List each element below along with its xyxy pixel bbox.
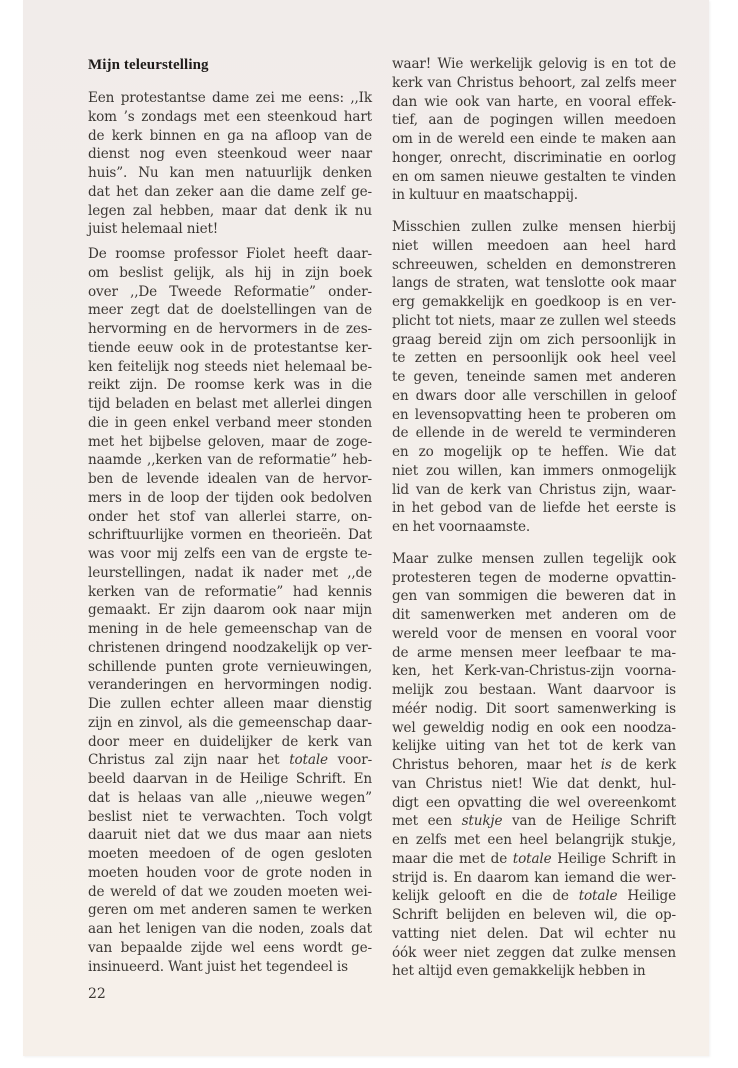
text-line: Christus behoren, maar het is de kerk	[392, 756, 676, 775]
text-line: van Christus niet! Wie dat denkt, hul-	[392, 775, 676, 794]
text-line: de arme mensen meer leefbaar te ma-	[392, 644, 676, 663]
text-line: dat het dan zeker aan die dame zelf ge-	[88, 183, 372, 202]
text-line: huis”. Nu kan men natuurlijk denken	[88, 164, 372, 183]
text-line: onder het stof van allerlei starre, on-	[88, 508, 372, 527]
left-column: Mijn teleurstelling Een protestantse dam…	[88, 56, 372, 982]
emphasis: is	[601, 757, 612, 773]
paragraph: Een protestantse dame zei me eens: ,,Ikk…	[88, 89, 372, 239]
text-line: óók weer niet zeggen dat zulke mensen	[392, 944, 676, 963]
text-line: schreeuwen, schelden en demonstreren	[392, 256, 676, 275]
book-page: Mijn teleurstelling Een protestantse dam…	[23, 0, 709, 1056]
paragraph: waar! Wie werkelijk gelovig is en tot de…	[392, 55, 676, 205]
text-line: en om samen nieuwe gestalten te vinden	[392, 168, 676, 187]
text-line: maar die met de totale Heilige Schrift i…	[392, 850, 676, 869]
text-line: plicht tot niets, maar ze zullen wel ste…	[392, 312, 676, 331]
text-line: Misschien zullen zulke mensen hierbij	[392, 218, 676, 237]
text-line: kom ’s zondags met een steenkoud hart	[88, 108, 372, 127]
text-line: niet zou willen, kan immers onmogelijk	[392, 462, 676, 481]
right-paragraphs: waar! Wie werkelijk gelovig is en tot de…	[392, 55, 676, 981]
text-line: beslist niet te verwachten. Toch volgt	[88, 808, 372, 827]
text-line: Schrift belijden en beleven wil, die op-	[392, 906, 676, 925]
text-line: wel geweldig nodig en ook een noodza-	[392, 719, 676, 738]
text-line: tiende eeuw ook in de protestantse ker-	[88, 339, 372, 358]
text-line: meer zegt dat de doelstellingen van de	[88, 301, 372, 320]
text-line: juist helemaal niet!	[88, 220, 372, 239]
text-line: protesteren tegen de moderne opvattin-	[392, 569, 676, 588]
text-line: kelijke uiting van het tot de kerk van	[392, 737, 676, 756]
text-line: kerk van Christus behoort, zal zelfs mee…	[392, 74, 676, 93]
text-line: die in geen enkel verband meer stonden	[88, 414, 372, 433]
emphasis: totale	[513, 851, 552, 867]
text-line: te geven, teneinde samen met anderen	[392, 368, 676, 387]
emphasis: totale	[289, 752, 328, 768]
text-line: en het voornaamste.	[392, 518, 676, 537]
text-line: de wereld of dat we zouden moeten wei-	[88, 883, 372, 902]
text-line: de kerk binnen en ga na afloop van de	[88, 127, 372, 146]
text-line: gemaakt. Er zijn daarom ook naar mijn	[88, 601, 372, 620]
text-line: graag bereid zijn om zich persoonlijk in	[392, 331, 676, 350]
text-line: mers in de loop der tijden ook bedolven	[88, 489, 372, 508]
section-heading: Mijn teleurstelling	[88, 56, 372, 74]
text-line: dienst nog even steenkoud weer naar	[88, 145, 372, 164]
text-line: mening in de hele gemeenschap van de	[88, 620, 372, 639]
text-line: en zelfs met een heel belangrijk stukje,	[392, 831, 676, 850]
text-line: schillende punten grote vernieuwingen,	[88, 658, 372, 677]
text-line: waar! Wie werkelijk gelovig is en tot de	[392, 55, 676, 74]
text-line: dit samenwerken met anderen om de	[392, 606, 676, 625]
text-line: Een protestantse dame zei me eens: ,,Ik	[88, 89, 372, 108]
text-line: tijd beladen en belast met allerlei ding…	[88, 395, 372, 414]
text-line: aan het lenigen van die noden, zoals dat	[88, 920, 372, 939]
text-line: van bepaalde zijde wel eens wordt ge-	[88, 939, 372, 958]
text-line: christenen dringend noodzakelijk op ver-	[88, 639, 372, 658]
right-column: waar! Wie werkelijk gelovig is en tot de…	[392, 55, 676, 994]
text-line: ken feitelijk nog steeds niet helemaal b…	[88, 358, 372, 377]
text-line: Maar zulke mensen zullen tegelijk ook	[392, 550, 676, 569]
text-line: legen zal hebben, maar dat denk ik nu	[88, 202, 372, 221]
emphasis: totale	[579, 888, 618, 904]
text-line: en dwars door alle verschillen in geloof	[392, 387, 676, 406]
text-line: en levensopvatting heen te proberen om	[392, 406, 676, 425]
text-line: in kultuur en maatschappij.	[392, 186, 676, 205]
text-line: om in de wereld een einde te maken aan	[392, 130, 676, 149]
text-line: reikt zijn. De roomse kerk was in die	[88, 376, 372, 395]
paragraph: De roomse professor Fiolet heeft daar-om…	[88, 245, 372, 976]
text-line: geren om met anderen samen te werken	[88, 901, 372, 920]
text-line: en zo mogelijk op te heffen. Wie dat	[392, 443, 676, 462]
text-line: de ellende in de wereld te verminderen	[392, 424, 676, 443]
text-line: dan wie ook van harte, en vooral effek-	[392, 93, 676, 112]
text-line: leurstellingen, nadat ik nader met ,,de	[88, 564, 372, 583]
text-line: moeten houden voor de grote noden in	[88, 864, 372, 883]
text-line: digt een opvatting die wel overeenkomt	[392, 794, 676, 813]
text-line: honger, onrecht, discriminatie en oorlog	[392, 149, 676, 168]
text-line: wereld voor de mensen en vooral voor	[392, 625, 676, 644]
text-line: insinueerd. Want juist het tegendeel is	[88, 958, 372, 977]
text-line: ken, het Kerk-van-Christus-zijn voorna-	[392, 662, 676, 681]
text-line: ben de levende idealen van de hervor-	[88, 470, 372, 489]
text-line: zijn en zinvol, als die gemeenschap daar…	[88, 714, 372, 733]
emphasis: stukje	[462, 813, 503, 829]
text-line: over ,,De Tweede Reformatie” onder-	[88, 283, 372, 302]
text-line: kelijk gelooft en die de totale Heilige	[392, 887, 676, 906]
left-paragraphs: Een protestantse dame zei me eens: ,,Ikk…	[88, 89, 372, 976]
paragraph: Misschien zullen zulke mensen hierbijnie…	[392, 218, 676, 537]
text-line: lid van de kerk van Christus zijn, waar-	[392, 481, 676, 500]
text-line: met een stukje van de Heilige Schrift	[392, 812, 676, 831]
paragraph: Maar zulke mensen zullen tegelijk ookpro…	[392, 550, 676, 981]
text-line: langs de straten, wat tenslotte ook maar	[392, 274, 676, 293]
text-line: strijd is. En daarom kan iemand die wer-	[392, 869, 676, 888]
text-line: was voor mij zelfs een van de ergste te-	[88, 545, 372, 564]
text-line: Die zullen echter alleen maar dienstig	[88, 695, 372, 714]
text-line: tief, aan de pogingen willen meedoen	[392, 111, 676, 130]
text-line: melijk zou bestaan. Want daarvoor is	[392, 681, 676, 700]
text-line: gen van sommigen die beweren dat in	[392, 587, 676, 606]
text-line: met het bijbelse geloven, maar de zoge-	[88, 433, 372, 452]
text-line: niet willen meedoen aan heel hard	[392, 237, 676, 256]
text-line: veranderingen en hervormingen nodig.	[88, 676, 372, 695]
text-line: het altijd even gemakkelijk hebben in	[392, 962, 676, 981]
text-line: moeten meedoen of de ogen gesloten	[88, 845, 372, 864]
text-line: kerken van de reformatie” had kennis	[88, 583, 372, 602]
text-line: om beslist gelijk, als hij in zijn boek	[88, 264, 372, 283]
text-line: naamde ,,kerken van de reformatie” heb-	[88, 451, 372, 470]
text-line: Christus zal zijn naar het totale voor-	[88, 751, 372, 770]
text-line: hervorming en de hervormers in de zes-	[88, 320, 372, 339]
text-line: in het gebod van de liefde het eerste is	[392, 499, 676, 518]
text-line: De roomse professor Fiolet heeft daar-	[88, 245, 372, 264]
page-number: 22	[88, 986, 106, 1002]
text-line: méér nodig. Dit soort samenwerking is	[392, 700, 676, 719]
text-line: erg gemakkelijk en goedkoop is en ver-	[392, 293, 676, 312]
text-line: te zetten en persoonlijk ook heel veel	[392, 349, 676, 368]
text-line: schriftuurlijke vormen en theorieën. Dat	[88, 526, 372, 545]
text-line: door meer en duidelijker de kerk van	[88, 733, 372, 752]
text-line: vatting niet delen. Dat wil echter nu	[392, 925, 676, 944]
text-line: daaruit niet dat we dus maar aan niets	[88, 826, 372, 845]
text-line: beeld daarvan in de Heilige Schrift. En	[88, 770, 372, 789]
text-line: dat is helaas van alle ,,nieuwe wegen”	[88, 789, 372, 808]
